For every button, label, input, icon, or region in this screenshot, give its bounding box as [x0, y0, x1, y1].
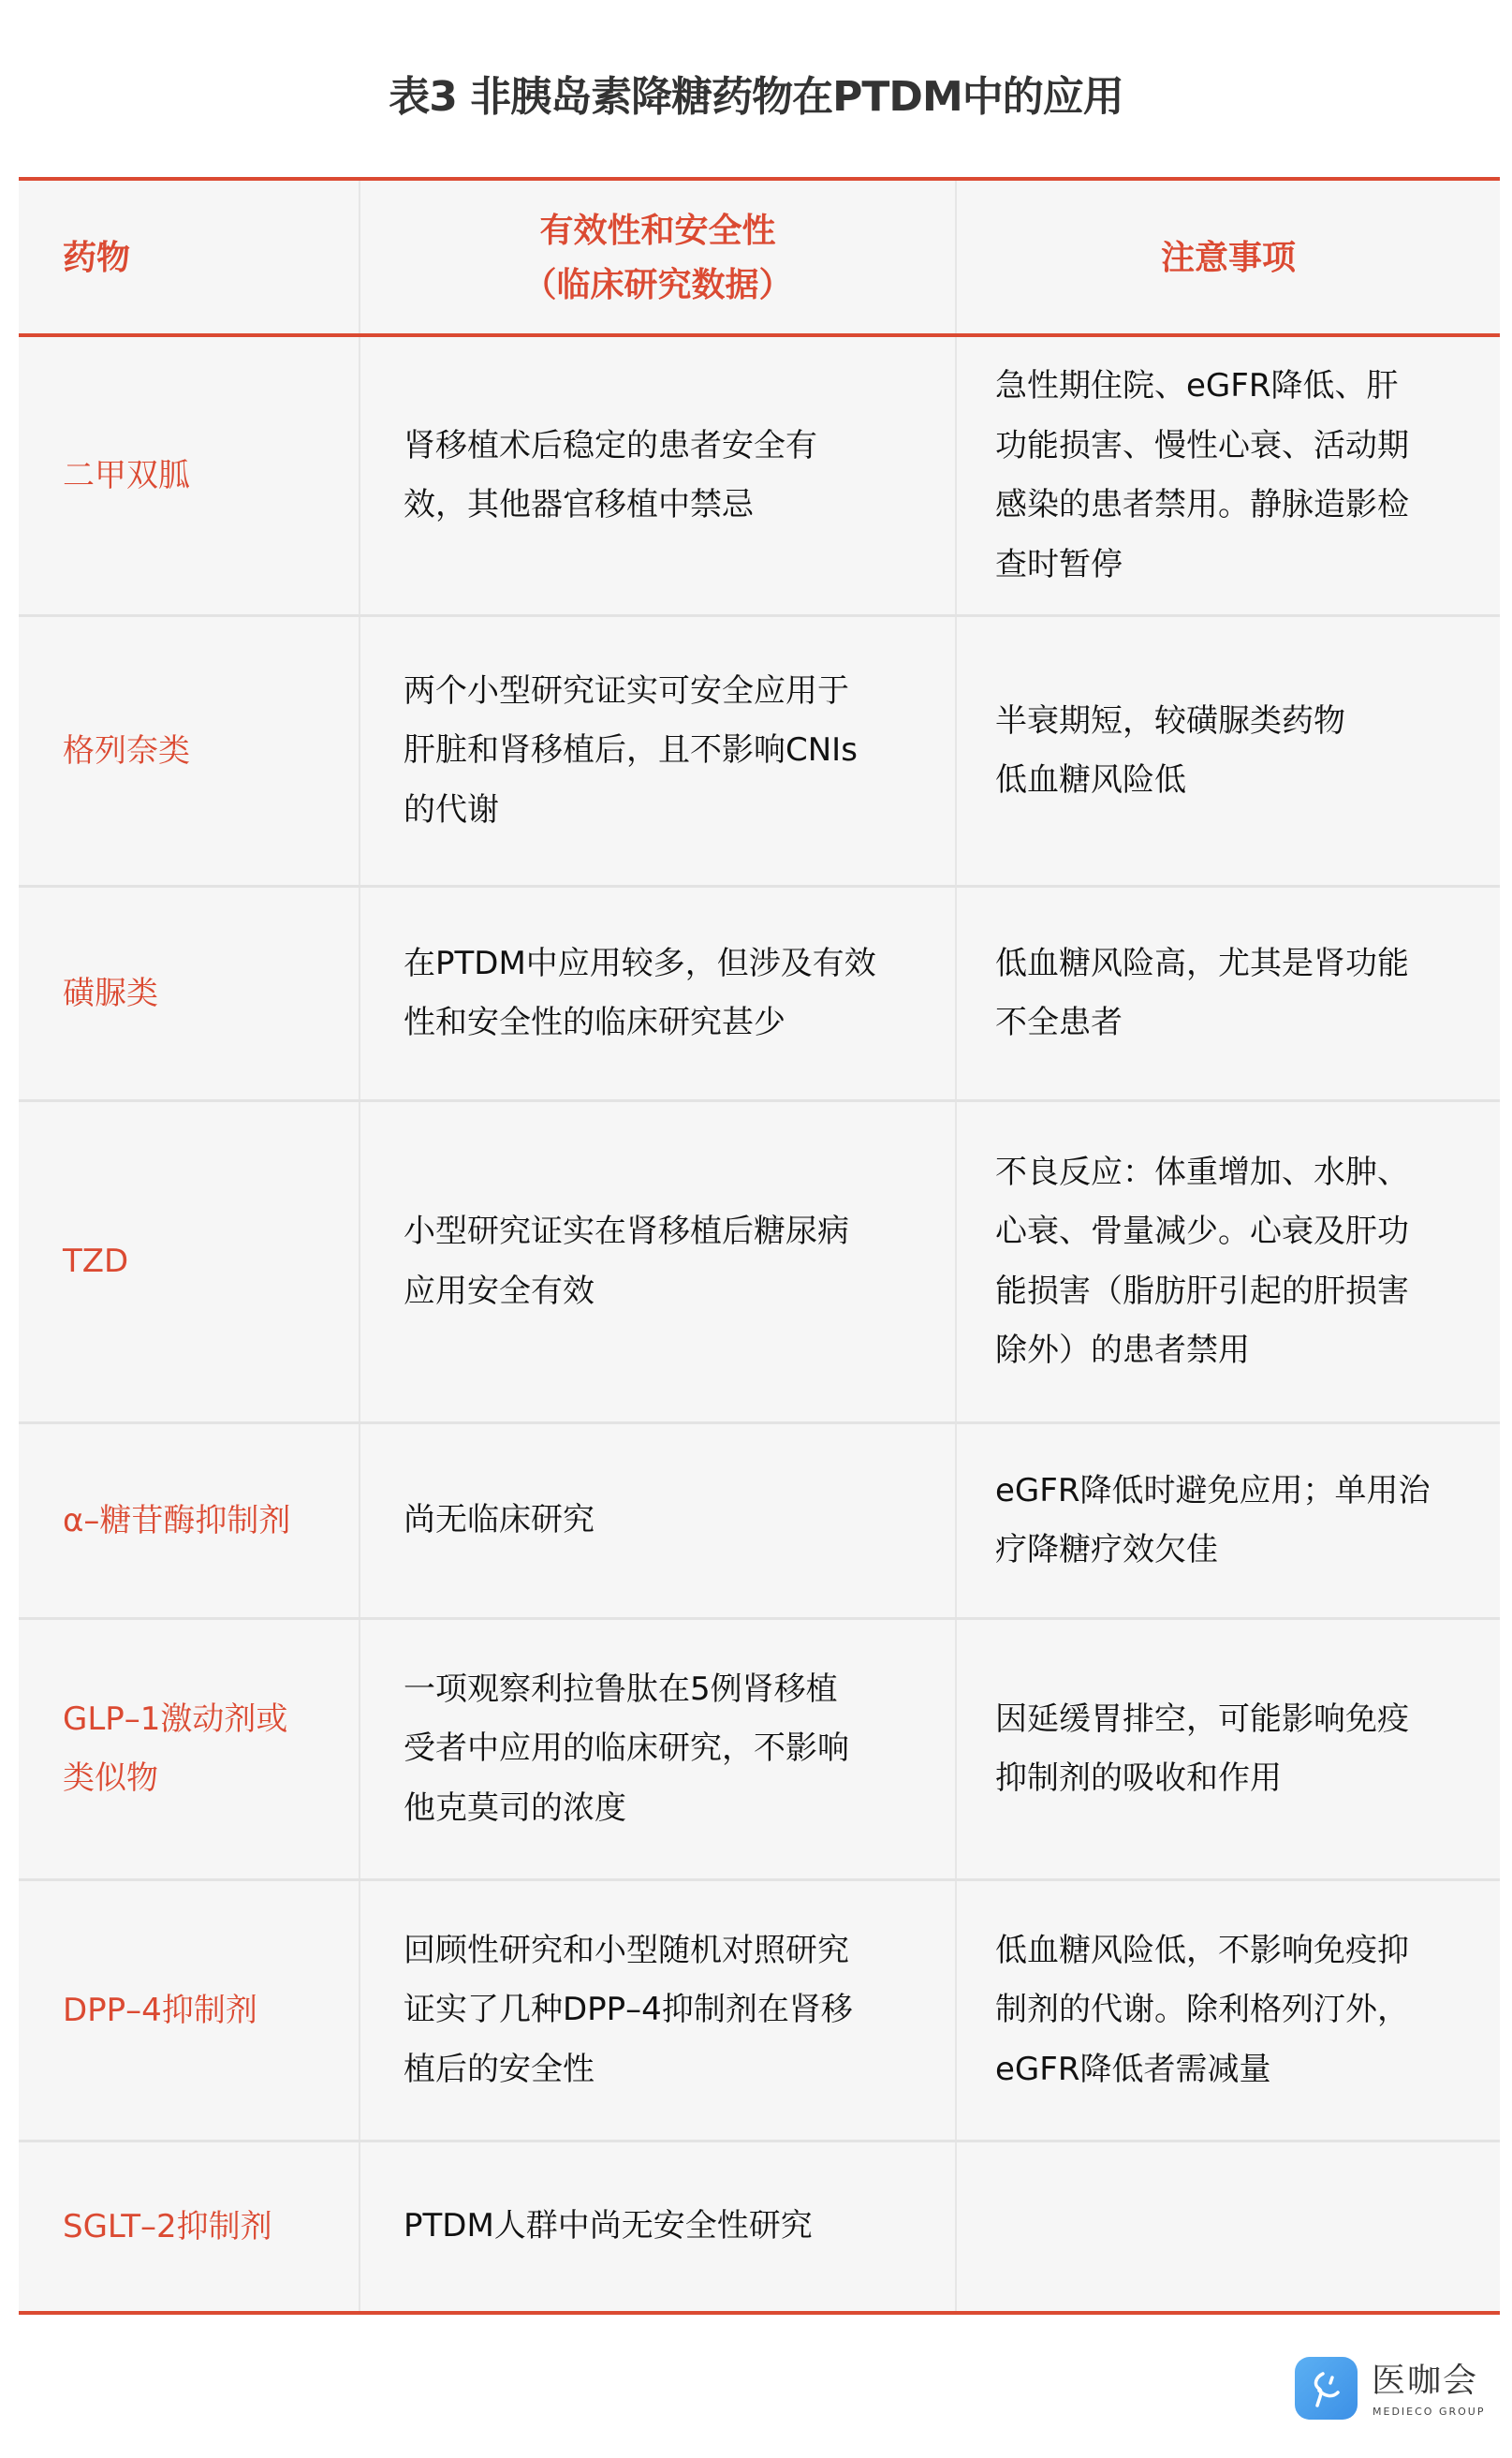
drug-table: 药物 有效性和安全性 （临床研究数据） 注意事项 二甲双胍 肾移植术后稳定的患者…: [19, 177, 1500, 2315]
table-row: α–糖苷酶抑制剂 尚无临床研究 eGFR降低时避免应用；单用治 疗降糖疗效欠佳: [19, 1421, 1500, 1617]
logo-name-en: MEDIECO GROUP: [1373, 2406, 1485, 2419]
brand-logo: 医咖会 MEDIECO GROUP: [1295, 2357, 1501, 2421]
notes-text: 急性期住院、eGFR降低、肝 功能损害、慢性心衰、活动期 感染的患者禁用。静脉造…: [955, 337, 1500, 614]
table-row: 二甲双胍 肾移植术后稳定的患者安全有 效，其他器官移植中禁忌 急性期住院、eGF…: [19, 337, 1500, 614]
efficacy-text: 两个小型研究证实可安全应用于 肝脏和肾移植后，且不影响CNIs 的代谢: [359, 617, 955, 885]
efficacy-text: 肾移植术后稳定的患者安全有 效，其他器官移植中禁忌: [359, 337, 955, 614]
notes-text: [955, 2142, 1500, 2311]
drug-name: DPP–4抑制剂: [19, 1881, 359, 2140]
header-drug: 药物: [19, 181, 359, 335]
notes-text: 低血糖风险低，不影响免疫抑 制剂的代谢。除利格列汀外， eGFR降低者需减量: [955, 1881, 1500, 2140]
table-row: TZD 小型研究证实在肾移植后糖尿病 应用安全有效 不良反应：体重增加、水肿、 …: [19, 1099, 1500, 1421]
table-header-row: 药物 有效性和安全性 （临床研究数据） 注意事项: [19, 181, 1500, 335]
header-notes: 注意事项: [955, 181, 1500, 335]
efficacy-text: 回顾性研究和小型随机对照研究 证实了几种DPP–4抑制剂在肾移 植后的安全性: [359, 1881, 955, 2140]
drug-name: 格列奈类: [19, 617, 359, 885]
drug-name: α–糖苷酶抑制剂: [19, 1424, 359, 1617]
table-row: 磺脲类 在PTDM中应用较多，但涉及有效 性和安全性的临床研究甚少 低血糖风险高…: [19, 885, 1500, 1099]
drug-name: GLP–1激动剂或 类似物: [19, 1620, 359, 1878]
efficacy-text: 小型研究证实在肾移植后糖尿病 应用安全有效: [359, 1102, 955, 1421]
logo-name-cn: 医咖会: [1372, 2362, 1478, 2400]
efficacy-text: 尚无临床研究: [359, 1424, 955, 1617]
table-row: 格列奈类 两个小型研究证实可安全应用于 肝脏和肾移植后，且不影响CNIs 的代谢…: [19, 614, 1500, 885]
drug-name: TZD: [19, 1102, 359, 1421]
table-row: DPP–4抑制剂 回顾性研究和小型随机对照研究 证实了几种DPP–4抑制剂在肾移…: [19, 1878, 1500, 2140]
table-title: 表3 非胰岛素降糖药物在PTDM中的应用: [0, 69, 1512, 125]
notes-text: 因延缓胃排空，可能影响免疫 抑制剂的吸收和作用: [955, 1620, 1500, 1878]
table-row: SGLT–2抑制剂 PTDM人群中尚无安全性研究: [19, 2140, 1500, 2311]
efficacy-text: 在PTDM中应用较多，但涉及有效 性和安全性的临床研究甚少: [359, 888, 955, 1099]
notes-text: 半衰期短，较磺脲类药物 低血糖风险低: [955, 617, 1500, 885]
drug-name: 二甲双胍: [19, 337, 359, 614]
efficacy-text: PTDM人群中尚无安全性研究: [359, 2142, 955, 2311]
drug-name: 磺脲类: [19, 888, 359, 1099]
drug-name: SGLT–2抑制剂: [19, 2142, 359, 2311]
notes-text: 低血糖风险高，尤其是肾功能 不全患者: [955, 888, 1500, 1099]
table-row: GLP–1激动剂或 类似物 一项观察利拉鲁肽在5例肾移植 受者中应用的临床研究，…: [19, 1617, 1500, 1878]
medieco-logo-icon: [1295, 2357, 1358, 2420]
header-efficacy: 有效性和安全性 （临床研究数据）: [359, 181, 955, 335]
efficacy-text: 一项观察利拉鲁肽在5例肾移植 受者中应用的临床研究，不影响 他克莫司的浓度: [359, 1620, 955, 1878]
notes-text: eGFR降低时避免应用；单用治 疗降糖疗效欠佳: [955, 1424, 1500, 1617]
table-bottom-rule: [19, 2311, 1500, 2315]
notes-text: 不良反应：体重增加、水肿、 心衰、骨量减少。心衰及肝功 能损害（脂肪肝引起的肝损…: [955, 1102, 1500, 1421]
